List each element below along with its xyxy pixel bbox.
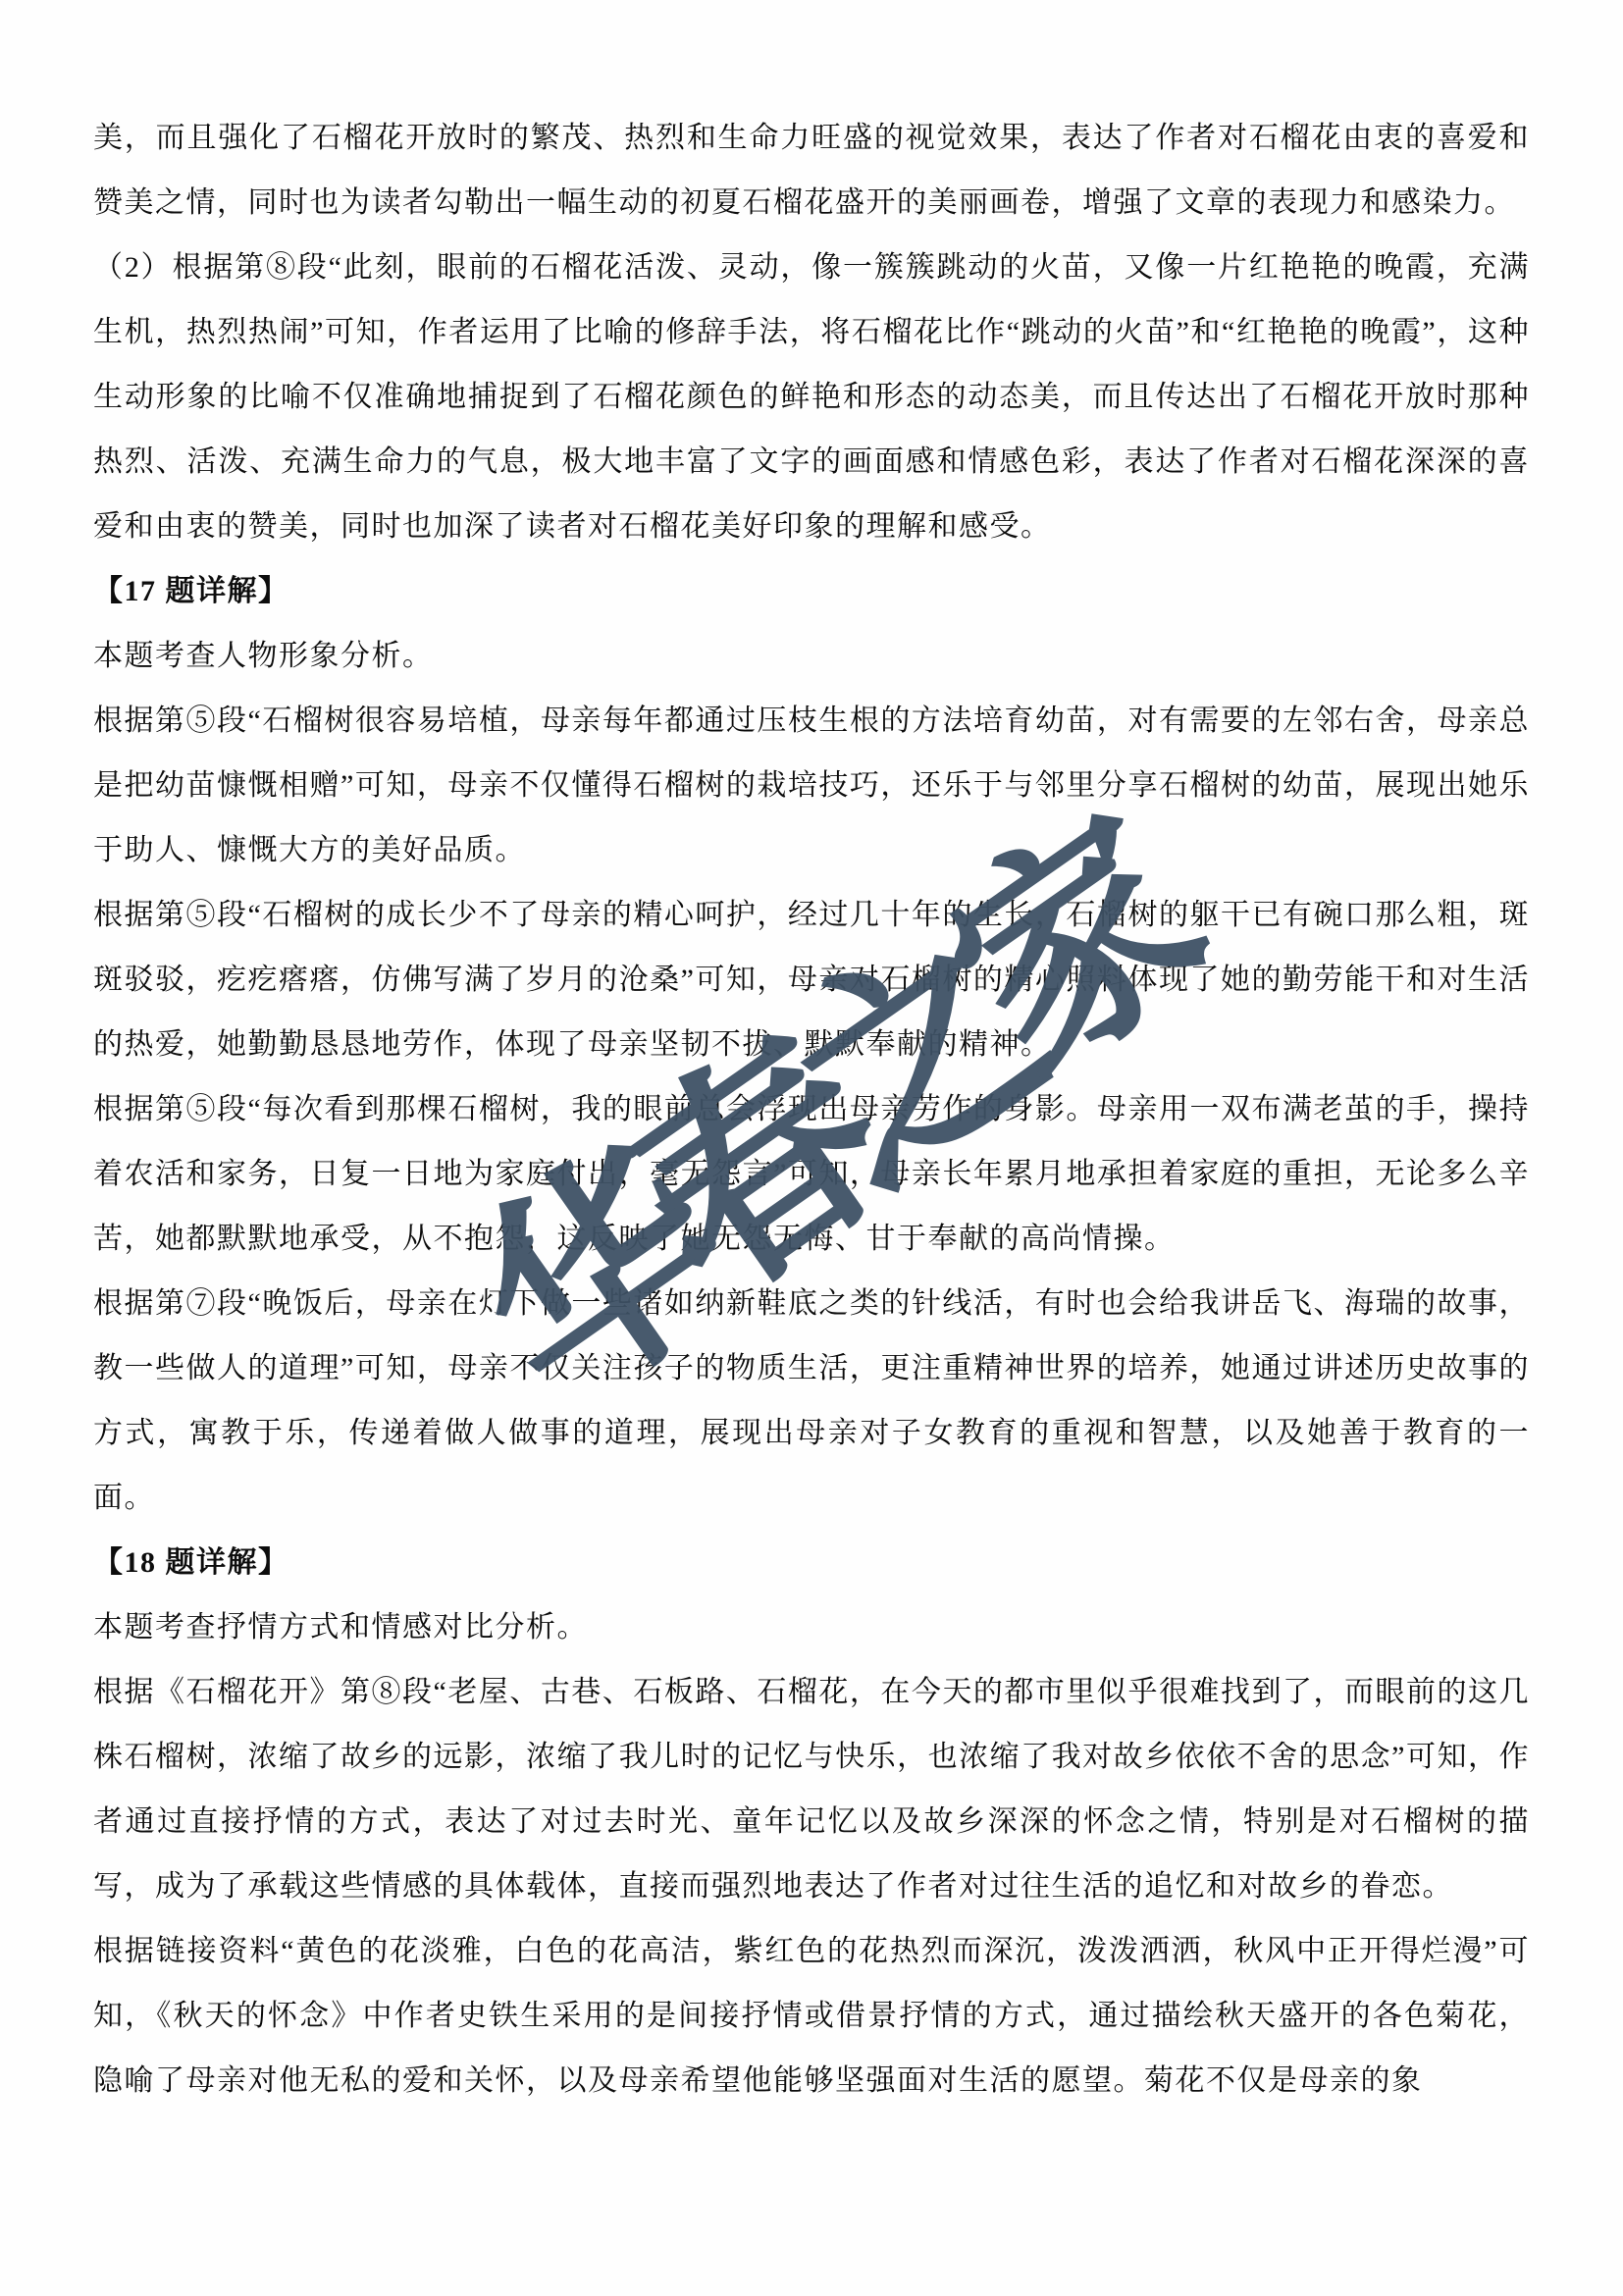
- section-heading: 【17 题详解】: [93, 559, 1530, 624]
- answer-paragraph: （2）根据第⑧段“此刻，眼前的石榴花活泼、灵动，像一簇簇跳动的火苗，又像一片红艳…: [93, 235, 1530, 559]
- document-body: 美，而且强化了石榴花开放时的繁茂、热烈和生命力旺盛的视觉效果，表达了作者对石榴花…: [93, 106, 1530, 2113]
- answer-paragraph: 根据第⑤段“石榴树很容易培植，母亲每年都通过压枝生根的方法培育幼苗，对有需要的左…: [93, 689, 1530, 883]
- answer-paragraph: 根据第⑤段“每次看到那棵石榴树，我的眼前总会浮现出母亲劳作的身影。母亲用一双布满…: [93, 1077, 1530, 1272]
- answer-paragraph: 根据链接资料“黄色的花淡雅，白色的花高洁，紫红色的花热烈而深沉，泼泼洒洒，秋风中…: [93, 1919, 1530, 2113]
- answer-paragraph: 美，而且强化了石榴花开放时的繁茂、热烈和生命力旺盛的视觉效果，表达了作者对石榴花…: [93, 106, 1530, 235]
- answer-paragraph: 本题考查抒情方式和情感对比分析。: [93, 1595, 1530, 1660]
- answer-paragraph: 根据《石榴花开》第⑧段“老屋、古巷、石板路、石榴花，在今天的都市里似乎很难找到了…: [93, 1660, 1530, 1919]
- answer-paragraph: 本题考查人物形象分析。: [93, 624, 1530, 689]
- section-heading: 【18 题详解】: [93, 1531, 1530, 1595]
- document-page: 美，而且强化了石榴花开放时的繁茂、热烈和生命力旺盛的视觉效果，表达了作者对石榴花…: [0, 0, 1623, 2296]
- answer-paragraph: 根据第⑤段“石榴树的成长少不了母亲的精心呵护，经过几十年的生长，石榴树的躯干已有…: [93, 883, 1530, 1077]
- answer-paragraph: 根据第⑦段“晚饭后，母亲在灯下做一些诸如纳新鞋底之类的针线活，有时也会给我讲岳飞…: [93, 1272, 1530, 1531]
